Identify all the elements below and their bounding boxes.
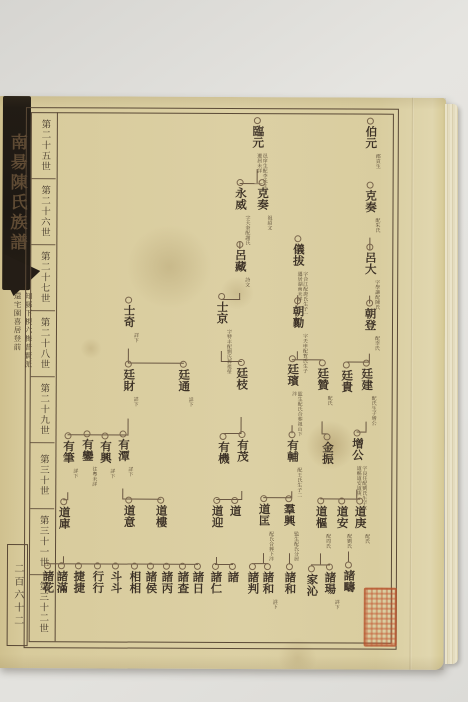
person-marker-circle-icon (83, 430, 90, 437)
generation-label-text: 第二十七世 (38, 251, 49, 304)
person-node: 諸查 (175, 563, 189, 594)
person-marker-circle-icon (342, 361, 349, 368)
person-marker-circle-icon (263, 563, 270, 570)
person-marker-circle-icon (248, 563, 255, 570)
person-node: 諸疇 (341, 561, 355, 592)
person-node: 永威字天奎配謝氏 (233, 179, 247, 210)
person-marker-circle-icon (119, 431, 126, 438)
tree-connector-line (263, 553, 264, 563)
person-node: 呂藏詩文 (232, 241, 246, 272)
person-name: 斗斗 (108, 570, 121, 593)
person-name: 諸花 (40, 570, 53, 593)
generation-label: 第二十六世 (31, 178, 55, 245)
person-name: 道安 (335, 505, 348, 528)
generation-label: 第二十七世 (31, 244, 55, 311)
page-crease (410, 98, 414, 670)
person-annotation: 配王氏生子二 (296, 467, 302, 513)
person-name: 諸判 (245, 571, 258, 594)
person-node: 廷璸監生配氏合葬祖山下泮 (285, 355, 299, 386)
person-name: 行行 (90, 570, 103, 593)
person-marker-circle-icon (124, 361, 131, 368)
person-node: 士京字特丰配劉氏葬祖塋 (214, 293, 228, 324)
person-name: 相相 (127, 571, 140, 594)
person-name: 諸侯 (143, 571, 156, 594)
person-node: 有茂 (234, 431, 248, 462)
person-marker-circle-icon (323, 433, 330, 440)
person-name: 諸疇 (341, 569, 354, 592)
person-marker-circle-icon (260, 495, 267, 502)
person-name: 道庫 (57, 506, 70, 529)
person-name: 諸查 (175, 571, 188, 594)
person-marker-circle-icon (74, 562, 81, 569)
person-marker-circle-icon (238, 431, 245, 438)
person-annotation: 配李氏 (373, 336, 379, 382)
generation-label-text: 第三十一世 (36, 515, 47, 568)
person-node: 廷貴 (339, 361, 353, 392)
person-name: 諸仁 (208, 571, 221, 594)
person-marker-circle-icon (236, 241, 243, 248)
person-name: 有茂 (235, 439, 248, 462)
person-name: 有興 (98, 440, 111, 463)
person-name: 呂大 (363, 252, 376, 275)
person-node: 諸仁 (208, 563, 222, 594)
person-name: 有筆 (61, 440, 74, 463)
person-marker-circle-icon (157, 497, 164, 504)
person-name: 家沁 (304, 573, 317, 596)
person-annotation: 配氏 (363, 534, 369, 580)
person-marker-circle-icon (366, 118, 373, 125)
person-name: 廷財 (121, 369, 134, 392)
person-node: 諸和 (282, 563, 296, 594)
person-node: 道樞配周氏 (313, 497, 327, 528)
person-node: 捷捷 (71, 562, 85, 593)
person-node: 廷枝 (234, 359, 248, 390)
person-annotation: 詳下 (132, 397, 138, 443)
generation-label-text: 第二十六世 (38, 185, 49, 238)
person-node: 道庫 (56, 498, 70, 529)
person-node: 廷財詳下 (121, 361, 135, 392)
person-marker-circle-icon (219, 433, 226, 440)
person-node: 道庚配氏 (352, 498, 366, 529)
person-name: 朝登 (362, 308, 375, 331)
person-node: 道樓 (153, 497, 167, 528)
person-marker-circle-icon (93, 562, 100, 569)
person-name: 士京 (215, 301, 228, 324)
tree-connector-line (221, 351, 222, 361)
person-name: 道匡 (257, 503, 270, 526)
person-marker-circle-icon (294, 235, 301, 242)
person-annotation: 詳下 (333, 599, 339, 645)
person-name: 儀拔 (291, 243, 304, 266)
person-name: 捷捷 (71, 570, 84, 593)
person-name: 克奏 (255, 187, 268, 210)
person-marker-circle-icon (325, 563, 332, 570)
generation-label: 第二十八世 (31, 310, 55, 377)
person-annotation: 詳下 (187, 397, 193, 443)
person-annotation: 詩文 (243, 277, 249, 323)
person-annotation: 詳下 (271, 599, 277, 645)
person-name: 有鑾 (80, 438, 93, 461)
person-node: 相相 (127, 563, 141, 594)
person-marker-circle-icon (366, 182, 373, 189)
person-node: 諸判 (245, 563, 259, 594)
person-marker-circle-icon (366, 300, 373, 307)
person-name: 諸瑒 (322, 571, 335, 594)
person-name: 臨元 (250, 125, 263, 148)
person-node: 臨元邑庠生配李氏生子二遷居未詳 (250, 117, 264, 148)
person-node: 道 (227, 497, 241, 517)
person-annotation: 詳下 (72, 468, 78, 514)
person-marker-circle-icon (60, 498, 67, 505)
person-name: 道樞 (314, 505, 327, 528)
person-node: 道匡配氏合葬下泮 (256, 495, 270, 526)
tree-connector-line (241, 491, 242, 499)
generation-label: 第二十五世 (32, 112, 56, 179)
person-name: 道庚 (353, 506, 366, 529)
tree-connector-line (320, 553, 321, 564)
person-node: 有輔配王氏生子二 (284, 431, 298, 462)
person-name: 道 (228, 505, 241, 517)
generation-label-text: 第二十五世 (38, 119, 49, 172)
person-node: 諸瑒詳下 (322, 563, 336, 594)
person-marker-circle-icon (253, 117, 260, 124)
person-node: 道意 (121, 497, 135, 528)
person-node: 諸花 (40, 562, 54, 593)
person-name: 道意 (122, 505, 135, 528)
person-node: 士奇詳下 (121, 297, 135, 328)
person-marker-circle-icon (231, 497, 238, 504)
person-marker-circle-icon (125, 497, 132, 504)
person-marker-circle-icon (288, 355, 295, 362)
person-node: 有機 (215, 433, 229, 464)
person-marker-circle-icon (218, 293, 225, 300)
person-marker-circle-icon (213, 497, 220, 504)
person-name: 諸和 (282, 571, 295, 594)
red-seal-stamp (364, 588, 397, 647)
person-node: 有興詳下 (97, 432, 111, 463)
person-marker-circle-icon (237, 359, 244, 366)
person-marker-circle-icon (64, 432, 71, 439)
person-name: 金振 (320, 441, 333, 464)
person-marker-circle-icon (236, 179, 243, 186)
person-node: 克奏配朱氏 (362, 182, 376, 213)
person-name: 道樓 (154, 505, 167, 528)
person-annotation: 詳下 (109, 468, 115, 514)
person-annotation: 祖紹文 (266, 215, 272, 261)
person-marker-circle-icon (57, 562, 64, 569)
person-node: 增公字良任配劉氏生子三道樞道安道庚 (349, 430, 363, 461)
person-marker-circle-icon (318, 359, 325, 366)
book-page: 南昜陳氏族譜 知縣下梘六梅普賢派 還宅園喜居登前 二百六十二 第二十五世第二十六… (0, 96, 446, 670)
person-name: 諸和 (260, 571, 273, 594)
person-name: 有輔 (285, 439, 298, 462)
person-node: 行行 (90, 562, 104, 593)
person-marker-circle-icon (211, 563, 218, 570)
person-name: 朝勷 (290, 305, 303, 328)
person-marker-circle-icon (362, 360, 369, 367)
person-node: 道迎 (209, 497, 223, 528)
person-annotation: 往粤未詳 (91, 466, 97, 512)
person-node: 羣興監生配氏分居 (281, 495, 295, 526)
person-node: 朝勷字天申配賀氏生子 (290, 297, 304, 328)
person-node: 諸和詳下 (260, 563, 274, 594)
person-node: 諸日 (190, 563, 204, 594)
person-node: 有鑾往粤未詳 (79, 430, 93, 461)
tree-connector-line (366, 422, 367, 432)
person-marker-circle-icon (258, 179, 265, 186)
person-name: 道迎 (210, 505, 223, 528)
person-marker-circle-icon (101, 432, 108, 439)
person-marker-circle-icon (43, 562, 50, 569)
person-marker-circle-icon (285, 563, 292, 570)
person-node: 有筆詳下 (60, 432, 74, 463)
person-name: 永威 (233, 187, 246, 210)
person-marker-circle-icon (344, 562, 351, 569)
tree-connector-line (322, 421, 323, 433)
person-node: 諸 (225, 563, 239, 583)
person-name: 增公 (350, 438, 363, 461)
page-fore-edge (445, 104, 458, 664)
person-marker-circle-icon (356, 498, 363, 505)
person-marker-circle-icon (228, 563, 235, 570)
person-name: 廷贊 (315, 367, 328, 390)
person-node: 廷通詳下 (176, 361, 190, 392)
person-marker-circle-icon (294, 297, 301, 304)
person-marker-circle-icon (130, 563, 137, 570)
person-name: 諸日 (190, 571, 203, 594)
person-name: 廷枝 (234, 367, 247, 390)
person-name: 廷貴 (339, 369, 352, 392)
person-name: 有潭 (116, 439, 129, 462)
page-number-text: 二百六十二 (10, 563, 25, 628)
person-node: 諸滿 (54, 562, 68, 593)
person-marker-circle-icon (125, 297, 132, 304)
generation-label-text: 第二十九世 (37, 383, 48, 436)
person-marker-circle-icon (338, 497, 345, 504)
person-marker-circle-icon (178, 563, 185, 570)
tree-lines (0, 96, 446, 98)
person-node: 廷贊配氏 (315, 359, 329, 390)
person-annotation: 字特丰配劉氏葬祖塋 (225, 329, 231, 375)
person-name: 克奏 (363, 190, 376, 213)
person-node: 廷建配氏生子增公 (359, 360, 373, 391)
person-annotation: 配氏生子增公 (370, 396, 376, 442)
person-name: 廷通 (176, 369, 189, 392)
person-name: 呂藏 (233, 249, 246, 272)
person-node: 諸丙 (159, 563, 173, 594)
generation-label-text: 第三十世 (37, 454, 48, 496)
person-node: 朝登配李氏 (362, 300, 376, 331)
person-marker-circle-icon (111, 562, 118, 569)
person-node: 金振 (319, 433, 333, 464)
person-marker-circle-icon (162, 563, 169, 570)
person-name: 諸丙 (159, 571, 172, 594)
person-node: 克奏祖紹文 (255, 179, 269, 210)
person-name: 羣興 (282, 503, 295, 526)
tree-nodes: 臨元邑庠生配李氏生子二遷居未詳伯元郡貢生永威字天奎配謝氏克奏祖紹文克奏配朱氏呂藏… (0, 96, 446, 98)
person-node: 家沁 (304, 565, 318, 596)
person-node: 諸侯 (143, 563, 157, 594)
person-name: 廷建 (359, 368, 372, 391)
person-node: 道安配劉氏 (334, 497, 348, 528)
person-marker-circle-icon (285, 495, 292, 502)
person-node: 儀拔字合江配唐氏生子一遷居湖南未詳 (290, 235, 304, 266)
person-marker-circle-icon (307, 565, 314, 572)
person-marker-circle-icon (193, 563, 200, 570)
person-marker-circle-icon (146, 563, 153, 570)
person-name: 諸 (225, 571, 238, 583)
person-marker-circle-icon (317, 497, 324, 504)
person-name: 廷璸 (285, 363, 298, 386)
generation-label: 第二十九世 (30, 376, 54, 443)
person-annotation: 字天申配賀氏生子 (301, 333, 307, 379)
person-node: 伯元郡貢生 (363, 118, 377, 149)
photo-background: 南昜陳氏族譜 知縣下梘六梅普賢派 還宅園喜居登前 二百六十二 第二十五世第二十六… (0, 0, 468, 702)
person-name: 士奇 (121, 305, 134, 328)
person-node: 有潭詳下 (115, 431, 129, 462)
person-marker-circle-icon (179, 361, 186, 368)
branch-note-line-2: 還宅園喜居登前 (12, 292, 23, 402)
person-name: 伯元 (363, 126, 376, 149)
generation-label-text: 第二十八世 (37, 317, 48, 370)
person-marker-circle-icon (353, 430, 360, 437)
person-name: 諸滿 (54, 570, 67, 593)
person-node: 呂大字學謙配陳氏 (362, 244, 376, 275)
person-name: 有機 (216, 441, 229, 464)
generation-column: 第二十五世第二十六世第二十七世第二十八世第二十九世第三十世第三十一世第三十二世 (0, 96, 446, 98)
person-marker-circle-icon (288, 431, 295, 438)
person-node: 斗斗 (108, 562, 122, 593)
generation-label: 第三十世 (30, 442, 54, 509)
person-marker-circle-icon (366, 244, 373, 251)
